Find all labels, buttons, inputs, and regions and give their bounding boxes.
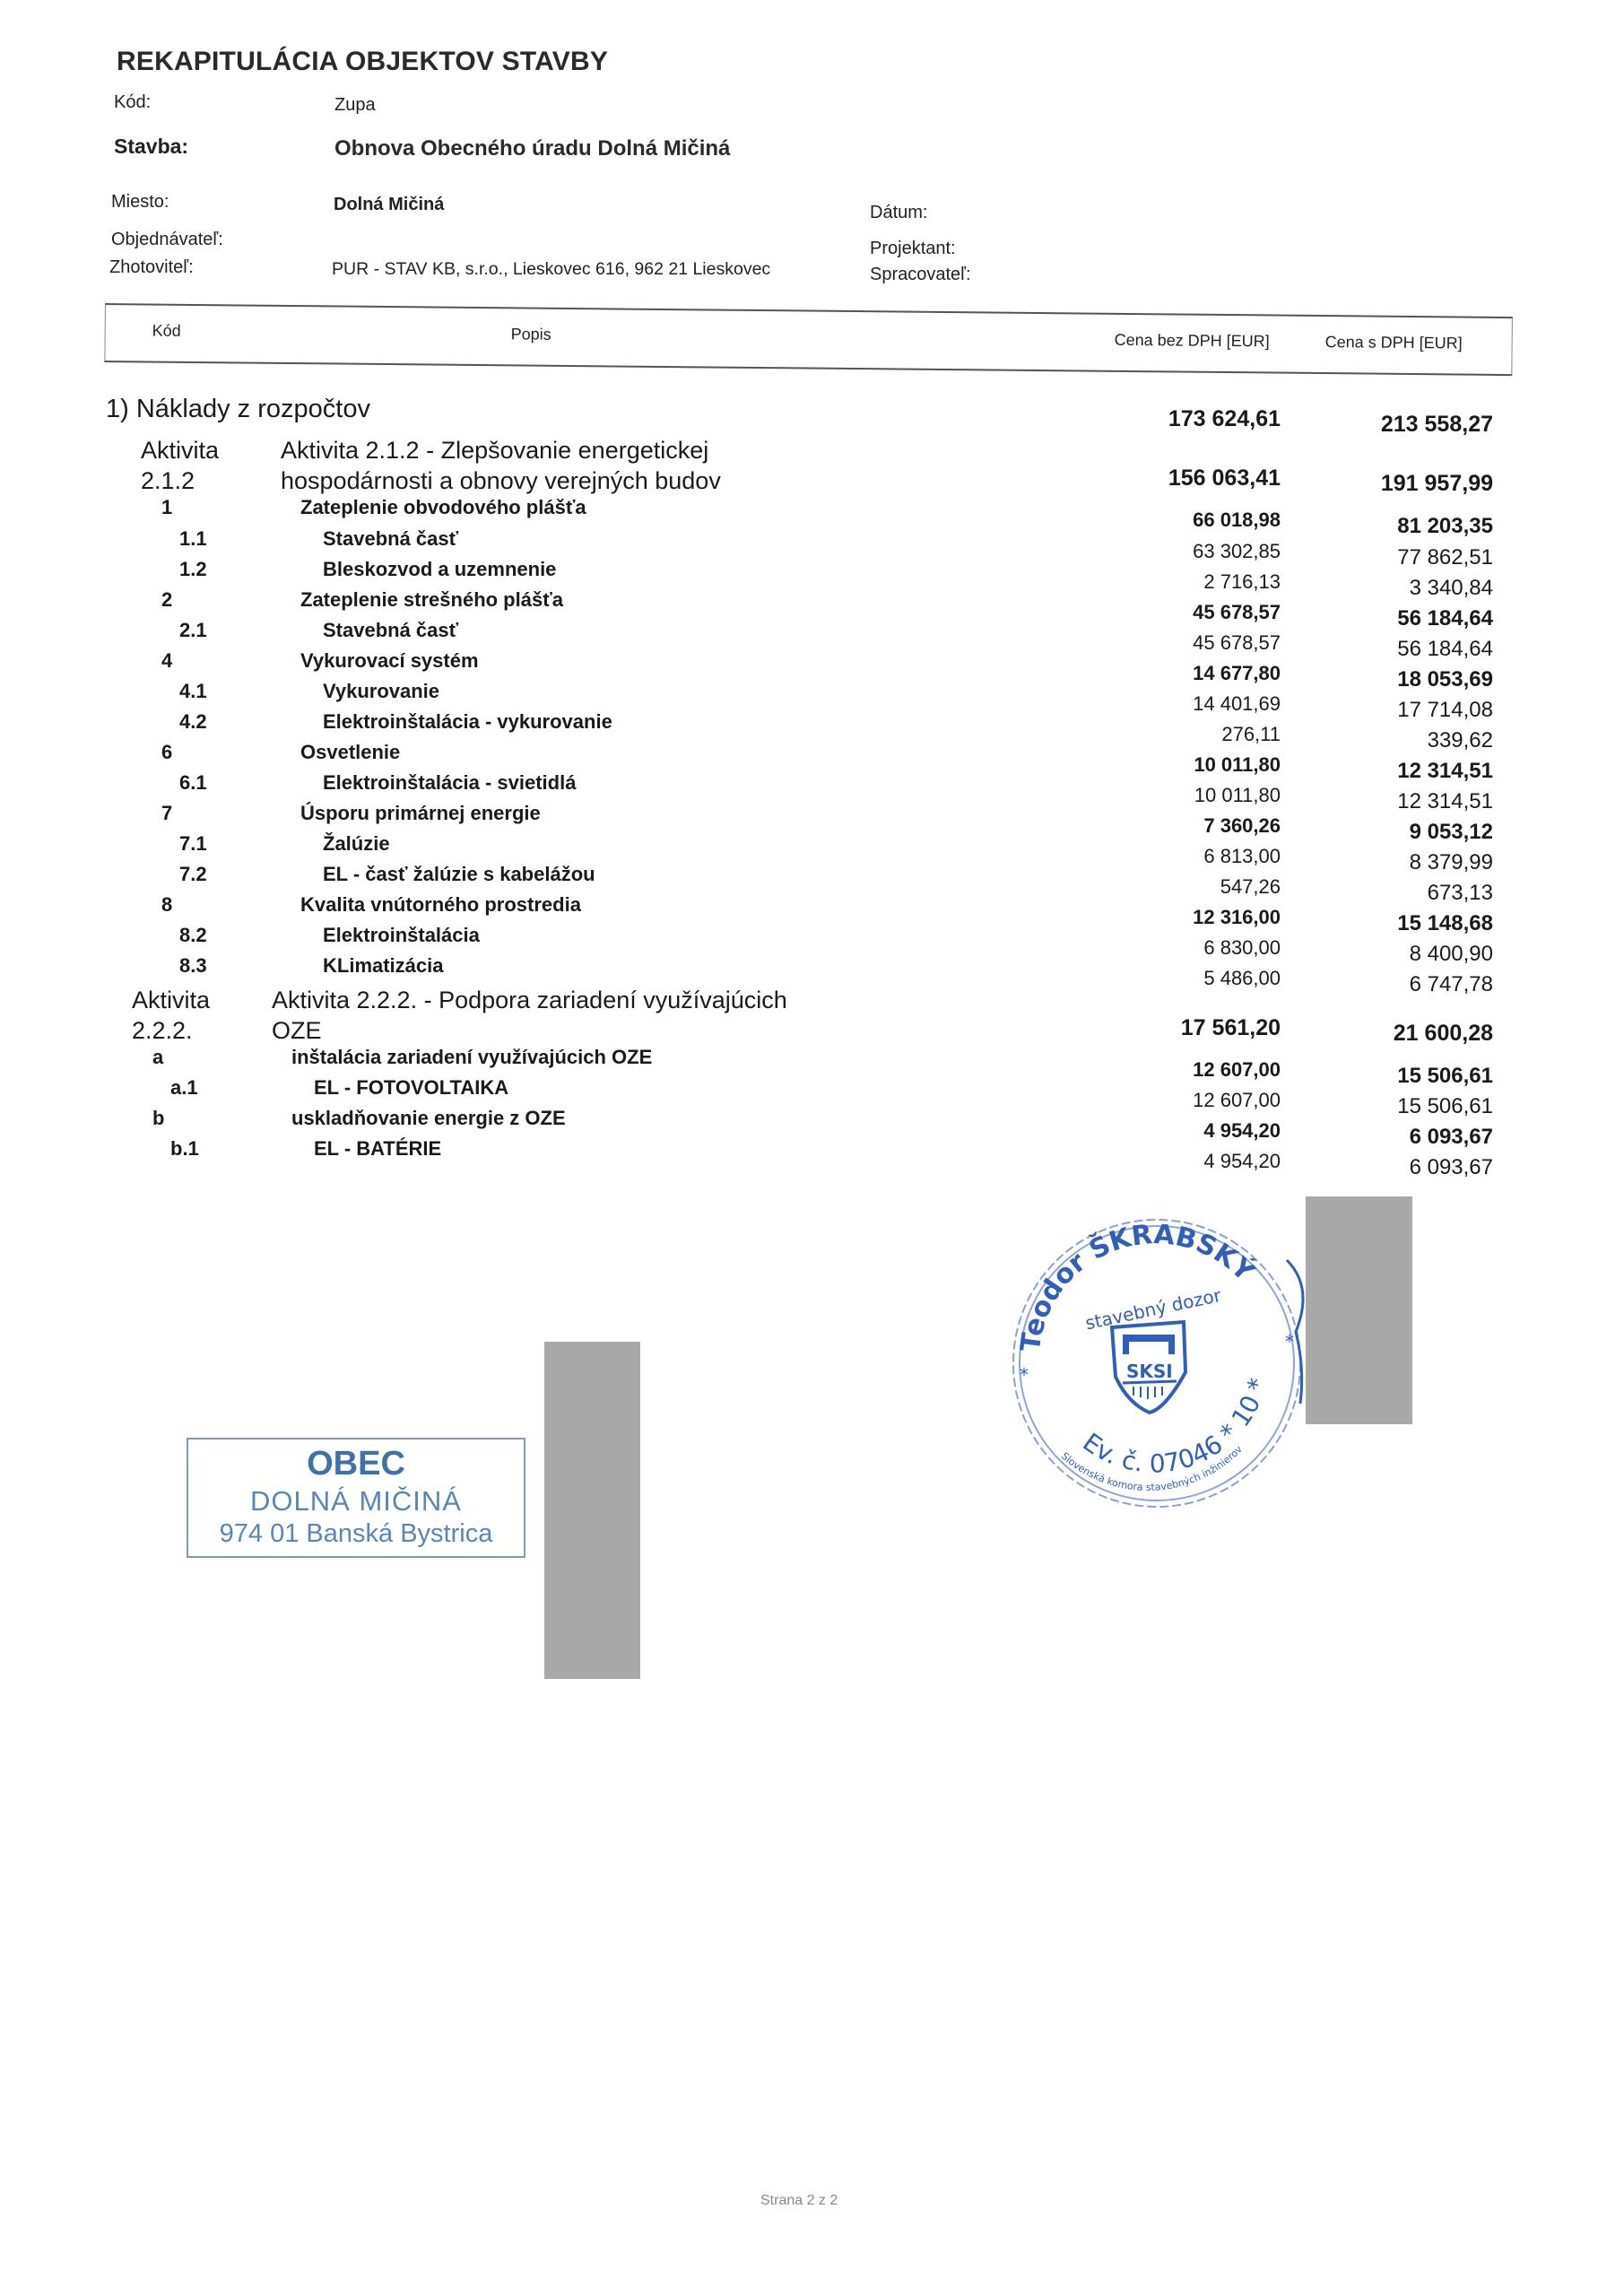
row-code: 7.2 <box>179 863 207 886</box>
row-description: Stavebná časť <box>323 527 458 551</box>
zhotovitel-value: PUR - STAV KB, s.r.o., Lieskovec 616, 96… <box>332 259 770 280</box>
row-code: 2.1 <box>179 619 207 642</box>
price-without-vat: 66 018,98 <box>1083 509 1281 532</box>
obec-stamp: OBEC DOLNÁ MIČINÁ 974 01 Banská Bystrica <box>187 1438 525 1558</box>
row-code: 8 <box>161 893 172 917</box>
objednavatel-label: Objednávateľ: <box>111 230 223 250</box>
row-code: 6 <box>161 741 172 764</box>
obec-stamp-line1: OBEC <box>188 1445 524 1483</box>
header-cena-bez-dph: Cena bez DPH [EUR] <box>1115 331 1270 352</box>
row-code: 8.2 <box>179 924 207 947</box>
row-code: a <box>152 1046 163 1069</box>
row-description: Aktivita 2.1.2 - Zlepšovanie energeticke… <box>281 435 721 496</box>
price-with-vat: 56 184,64 <box>1296 637 1493 662</box>
price-with-vat: 17 714,08 <box>1296 698 1493 723</box>
price-without-vat: 156 063,41 <box>1083 465 1281 491</box>
row-description: Zateplenie strešného plášťa <box>300 588 563 612</box>
row-description: EL - FOTOVOLTAIKA <box>314 1076 508 1100</box>
price-without-vat: 4 954,20 <box>1083 1150 1281 1173</box>
miesto-value: Dolná Mičiná <box>334 195 444 215</box>
obec-stamp-line2: DOLNÁ MIČINÁ <box>188 1485 524 1518</box>
row-description: Kvalita vnútorného prostredia <box>300 893 581 917</box>
price-with-vat: 8 379,99 <box>1296 850 1493 875</box>
price-with-vat: 77 862,51 <box>1296 545 1493 570</box>
row-code: 8.3 <box>179 954 207 978</box>
price-without-vat: 276,11 <box>1083 723 1281 746</box>
row-description: Zateplenie obvodového plášťa <box>300 496 586 519</box>
row-code: 2 <box>161 588 172 612</box>
row-code: Aktivita 2.2.2. <box>132 985 210 1046</box>
section-title: 1) Náklady z rozpočtov <box>106 395 370 424</box>
document-title: REKAPITULÁCIA OBJEKTOV STAVBY <box>117 47 608 77</box>
row-code: 4.1 <box>179 680 207 703</box>
price-without-vat: 7 360,26 <box>1083 814 1281 838</box>
row-description: Stavebná časť <box>323 619 458 642</box>
price-without-vat: 6 830,00 <box>1083 936 1281 960</box>
stavba-value: Obnova Obecného úradu Dolná Mičiná <box>334 136 730 161</box>
row-description: Aktivita 2.2.2. - Podpora zariadení využ… <box>272 985 787 1046</box>
row-description: EL - časť žalúzie s kabelážou <box>323 863 595 886</box>
price-without-vat: 12 607,00 <box>1083 1058 1281 1082</box>
price-without-vat: 12 607,00 <box>1083 1089 1281 1112</box>
price-with-vat: 6 093,67 <box>1296 1125 1493 1150</box>
row-description: Úsporu primárnej energie <box>300 802 541 825</box>
projektant-label: Projektant: <box>870 239 956 259</box>
price-without-vat: 14 677,80 <box>1083 662 1281 685</box>
price-without-vat: 2 716,13 <box>1083 570 1281 594</box>
price-without-vat: 45 678,57 <box>1083 601 1281 624</box>
price-with-vat: 9 053,12 <box>1296 820 1493 845</box>
price-without-vat: 63 302,85 <box>1083 540 1281 563</box>
price-without-vat: 5 486,00 <box>1083 967 1281 990</box>
price-with-vat: 12 314,51 <box>1296 759 1493 784</box>
price-with-vat: 3 340,84 <box>1296 576 1493 601</box>
obec-stamp-line3: 974 01 Banská Bystrica <box>188 1519 524 1549</box>
row-code: 1.2 <box>179 558 207 581</box>
row-description: Elektroinštalácia - vykurovanie <box>323 710 612 734</box>
row-description: Bleskozvod a uzemnenie <box>323 558 556 581</box>
price-with-vat: 81 203,35 <box>1296 514 1493 539</box>
signature-redaction-2 <box>544 1342 640 1679</box>
row-description: Vykurovanie <box>323 680 439 703</box>
price-with-vat: 213 558,27 <box>1296 412 1493 438</box>
price-with-vat: 339,62 <box>1296 728 1493 753</box>
price-without-vat: 547,26 <box>1083 875 1281 899</box>
row-code: 1 <box>161 496 172 519</box>
row-description: Osvetlenie <box>300 741 400 764</box>
svg-text:SKSI: SKSI <box>1126 1361 1173 1382</box>
price-without-vat: 4 954,20 <box>1083 1119 1281 1143</box>
price-without-vat: 17 561,20 <box>1083 1015 1281 1041</box>
row-code: Aktivita 2.1.2 <box>141 435 219 496</box>
price-without-vat: 173 624,61 <box>1083 406 1281 432</box>
table-header: Kód Popis Cena bez DPH [EUR] Cena s DPH … <box>104 303 1513 376</box>
miesto-label: Miesto: <box>111 192 169 213</box>
price-with-vat: 56 184,64 <box>1296 606 1493 631</box>
price-with-vat: 15 506,61 <box>1296 1094 1493 1119</box>
stavba-label: Stavba: <box>114 135 188 159</box>
row-code: b <box>152 1107 164 1130</box>
price-with-vat: 12 314,51 <box>1296 789 1493 814</box>
row-description: Žalúzie <box>323 832 390 856</box>
row-code: 7 <box>161 802 172 825</box>
row-code: 1.1 <box>179 527 207 551</box>
row-description: Vykurovací systém <box>300 649 479 673</box>
price-with-vat: 6 093,67 <box>1296 1155 1493 1180</box>
price-without-vat: 12 316,00 <box>1083 906 1281 929</box>
price-with-vat: 6 747,78 <box>1296 972 1493 997</box>
row-code: 7.1 <box>179 832 207 856</box>
spracovatel-label: Spracovateľ: <box>870 265 971 285</box>
price-without-vat: 10 011,80 <box>1083 784 1281 807</box>
row-description: EL - BATÉRIE <box>314 1137 441 1161</box>
row-code: 6.1 <box>179 771 207 795</box>
zhotovitel-label: Zhotoviteľ: <box>109 257 194 278</box>
price-without-vat: 10 011,80 <box>1083 753 1281 777</box>
engineer-stamp-role: stavebný dozor <box>1083 1284 1223 1335</box>
row-description: uskladňovanie energie z OZE <box>291 1107 566 1130</box>
page-number: Strana 2 z 2 <box>760 2193 838 2209</box>
price-without-vat: 14 401,69 <box>1083 692 1281 716</box>
price-without-vat: 45 678,57 <box>1083 631 1281 655</box>
price-without-vat: 6 813,00 <box>1083 845 1281 868</box>
kod-label: Kód: <box>114 92 151 113</box>
header-cena-s-dph: Cena s DPH [EUR] <box>1325 333 1463 352</box>
signature-redaction-1 <box>1306 1196 1412 1424</box>
price-with-vat: 21 600,28 <box>1296 1021 1493 1047</box>
price-with-vat: 673,13 <box>1296 881 1493 906</box>
sksi-logo-icon: SKSI <box>1112 1322 1185 1413</box>
row-description: Elektroinštalácia - svietidlá <box>323 771 576 795</box>
header-kod: Kód <box>152 322 181 341</box>
row-description: Elektroinštalácia <box>323 924 480 947</box>
price-with-vat: 15 148,68 <box>1296 911 1493 936</box>
price-with-vat: 8 400,90 <box>1296 942 1493 967</box>
row-code: b.1 <box>170 1137 199 1161</box>
kod-value: Zupa <box>334 95 376 116</box>
svg-text:*: * <box>1285 1331 1294 1352</box>
row-description: inštalácia zariadení využívajúcich OZE <box>291 1046 652 1069</box>
svg-text:*: * <box>1020 1364 1029 1386</box>
engineer-stamp: Teodor ŠKRABSKÝ stavebný dozor SKSI Ev. … <box>1000 1206 1305 1511</box>
row-description: KLimatizácia <box>323 954 444 978</box>
row-code: a.1 <box>170 1076 198 1100</box>
price-with-vat: 15 506,61 <box>1296 1064 1493 1089</box>
datum-label: Dátum: <box>870 203 927 223</box>
header-popis: Popis <box>511 325 551 344</box>
price-with-vat: 191 957,99 <box>1296 471 1493 497</box>
row-code: 4 <box>161 649 172 673</box>
price-with-vat: 18 053,69 <box>1296 667 1493 692</box>
row-code: 4.2 <box>179 710 207 734</box>
engineer-stamp-name: Teodor ŠKRABSKÝ <box>1015 1219 1263 1353</box>
